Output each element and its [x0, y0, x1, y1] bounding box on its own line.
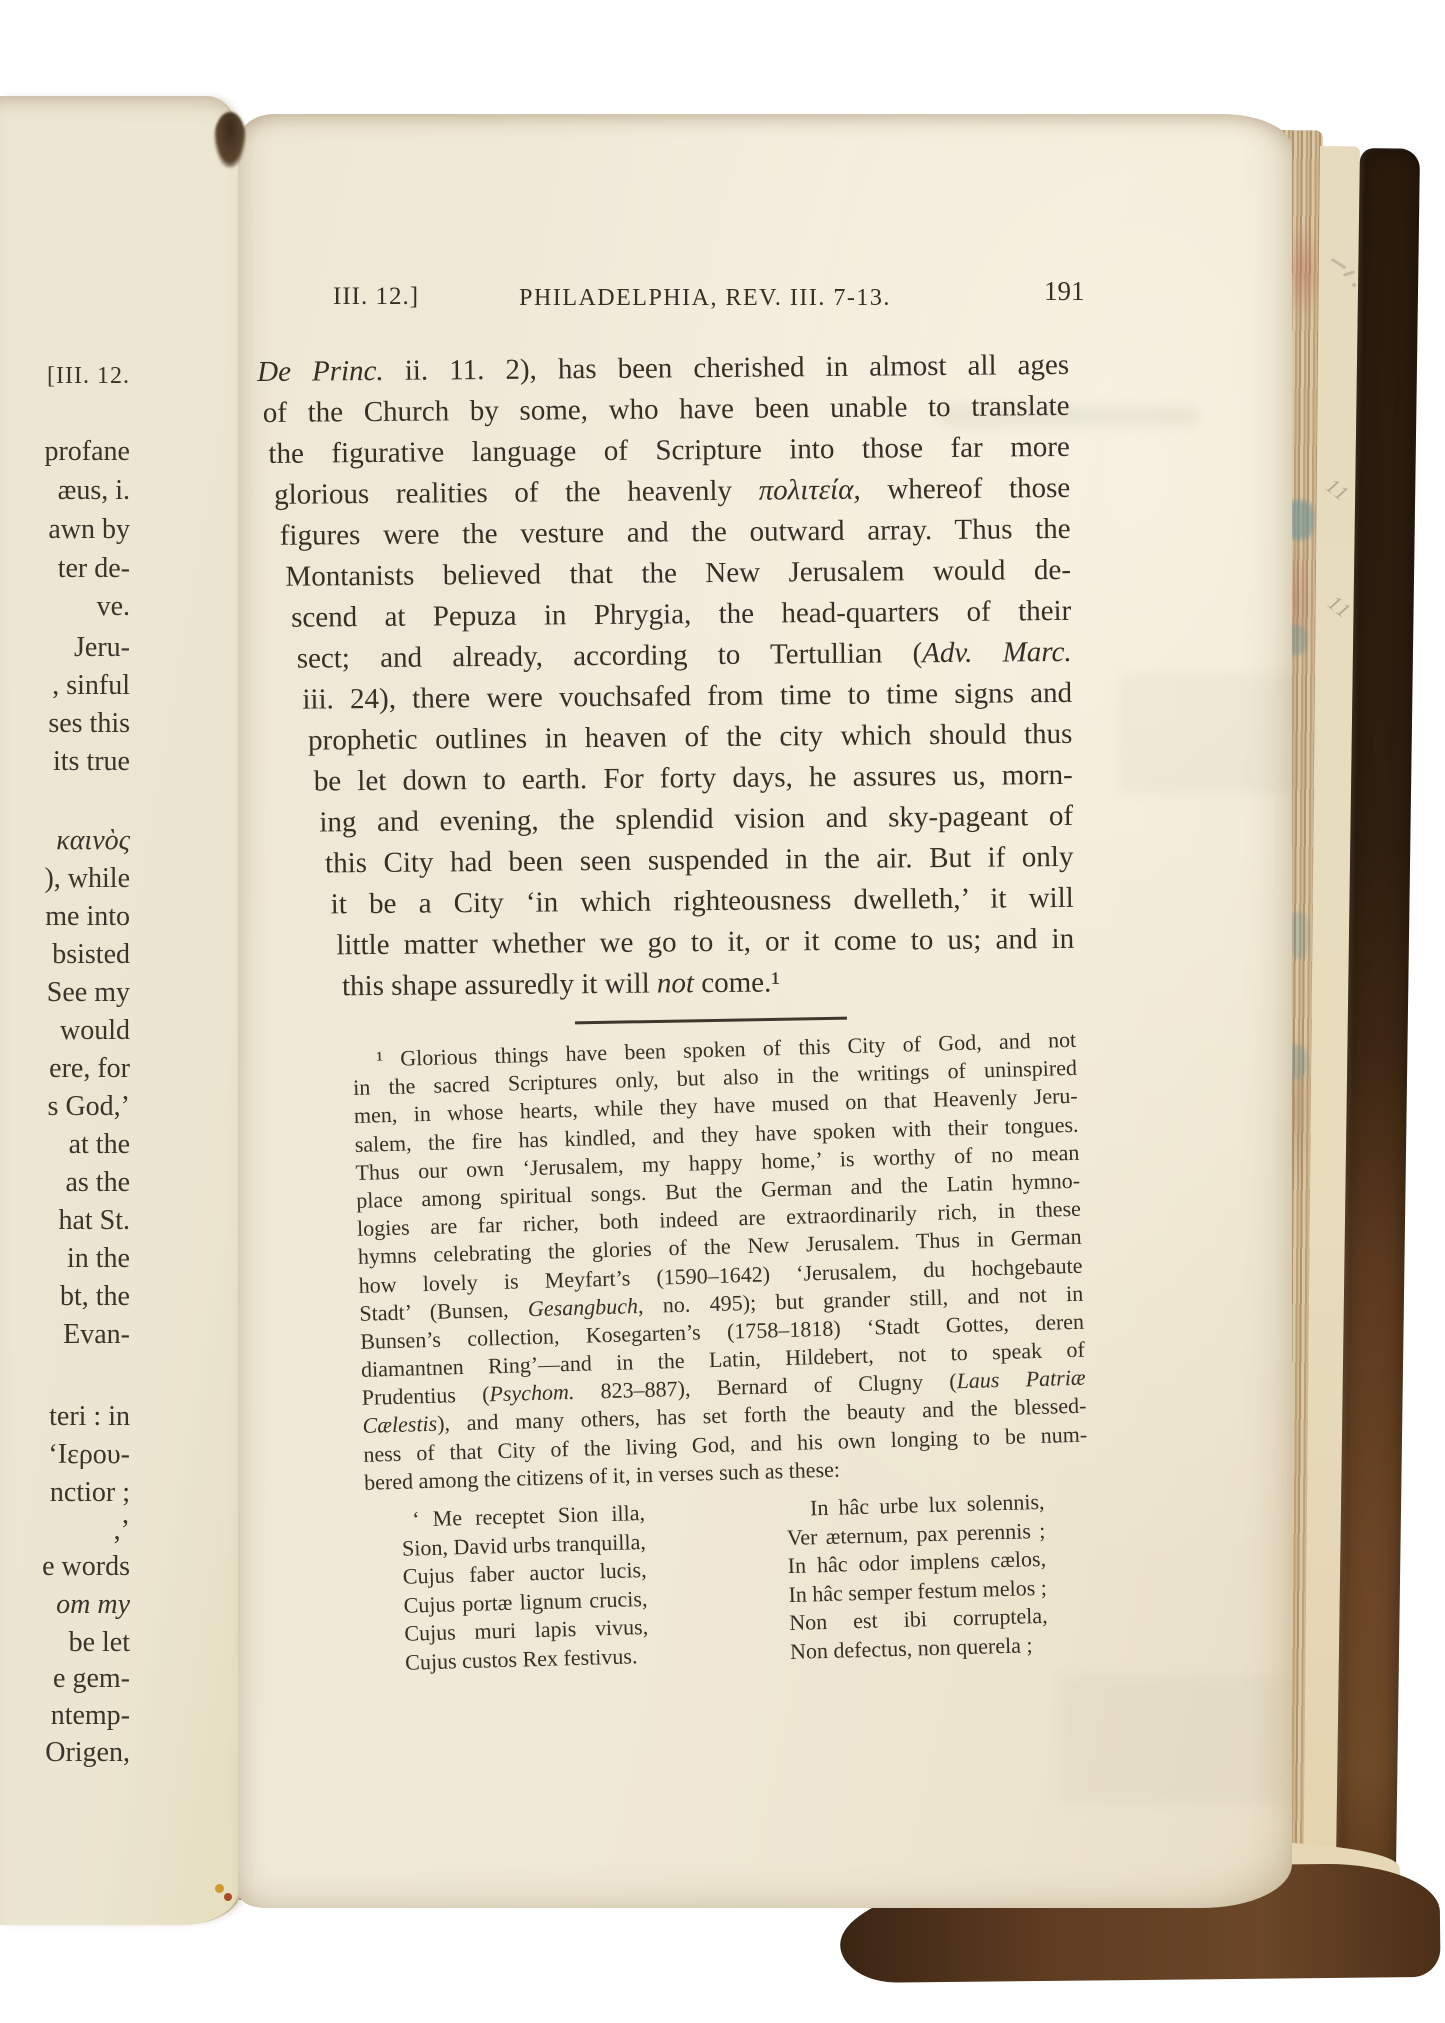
text-line: ing and evening, the splendid vision and…	[319, 796, 1073, 844]
text-line: figures were the vesture and the outward…	[280, 509, 1071, 557]
page-number: 191	[1044, 276, 1085, 307]
footnote-rule	[575, 1017, 847, 1025]
text-line: the figurative language of Scripture int…	[268, 427, 1070, 475]
book-photo: 11 11 [III. 12.profaneæus, i.awn byter d…	[0, 0, 1445, 2023]
text-line: this shape assuredly it will not come.¹	[342, 960, 1075, 1007]
text-line: sect; and already, according to Tertulli…	[297, 632, 1072, 680]
footnote-paragraph: ¹ Glorious things have been spoken of th…	[352, 1026, 1088, 1497]
footnote: ¹ Glorious things have been spoken of th…	[352, 1026, 1094, 1697]
right-page-text: III. 12.] PHILADELPHIA, REV. III. 7-13. …	[0, 0, 1445, 2023]
text-line: prophetic outlines in heaven of the city…	[308, 714, 1073, 762]
verse-column-left: ‘ Me receptet Sion illa,Sion, David urbs…	[388, 1499, 649, 1677]
text-line: be let down to earth. For forty days, he…	[314, 755, 1073, 803]
latin-verse: ‘ Me receptet Sion illa,Sion, David urbs…	[365, 1487, 1094, 1697]
running-head-title: PHILADELPHIA, REV. III. 7-13.	[505, 285, 905, 312]
text-line: scend at Pepuza in Phrygia, the head-qua…	[291, 591, 1072, 639]
text-line: this City had been seen suspended in the…	[325, 837, 1074, 885]
text-line: iii. 24), there were vouchsafed from tim…	[302, 673, 1072, 721]
running-head-section: III. 12.]	[333, 283, 419, 311]
text-line: Montanists believed that the New Jerusal…	[285, 550, 1071, 598]
text-line: of the Church by some, who have been una…	[263, 386, 1070, 434]
text-line: De Princ. ii. 11. 2), has been cherished…	[257, 345, 1069, 393]
text-line: little matter whether we go to it, or it…	[336, 919, 1074, 966]
body-paragraph: De Princ. ii. 11. 2), has been cherished…	[257, 345, 1075, 1008]
verse-column-right: In hâc urbe lux solennis,Ver æternum, pa…	[786, 1488, 1049, 1666]
text-line: glorious realities of the heavenly πολιτ…	[274, 468, 1070, 516]
text-line: it be a City ‘in which righteousness dwe…	[331, 878, 1074, 925]
